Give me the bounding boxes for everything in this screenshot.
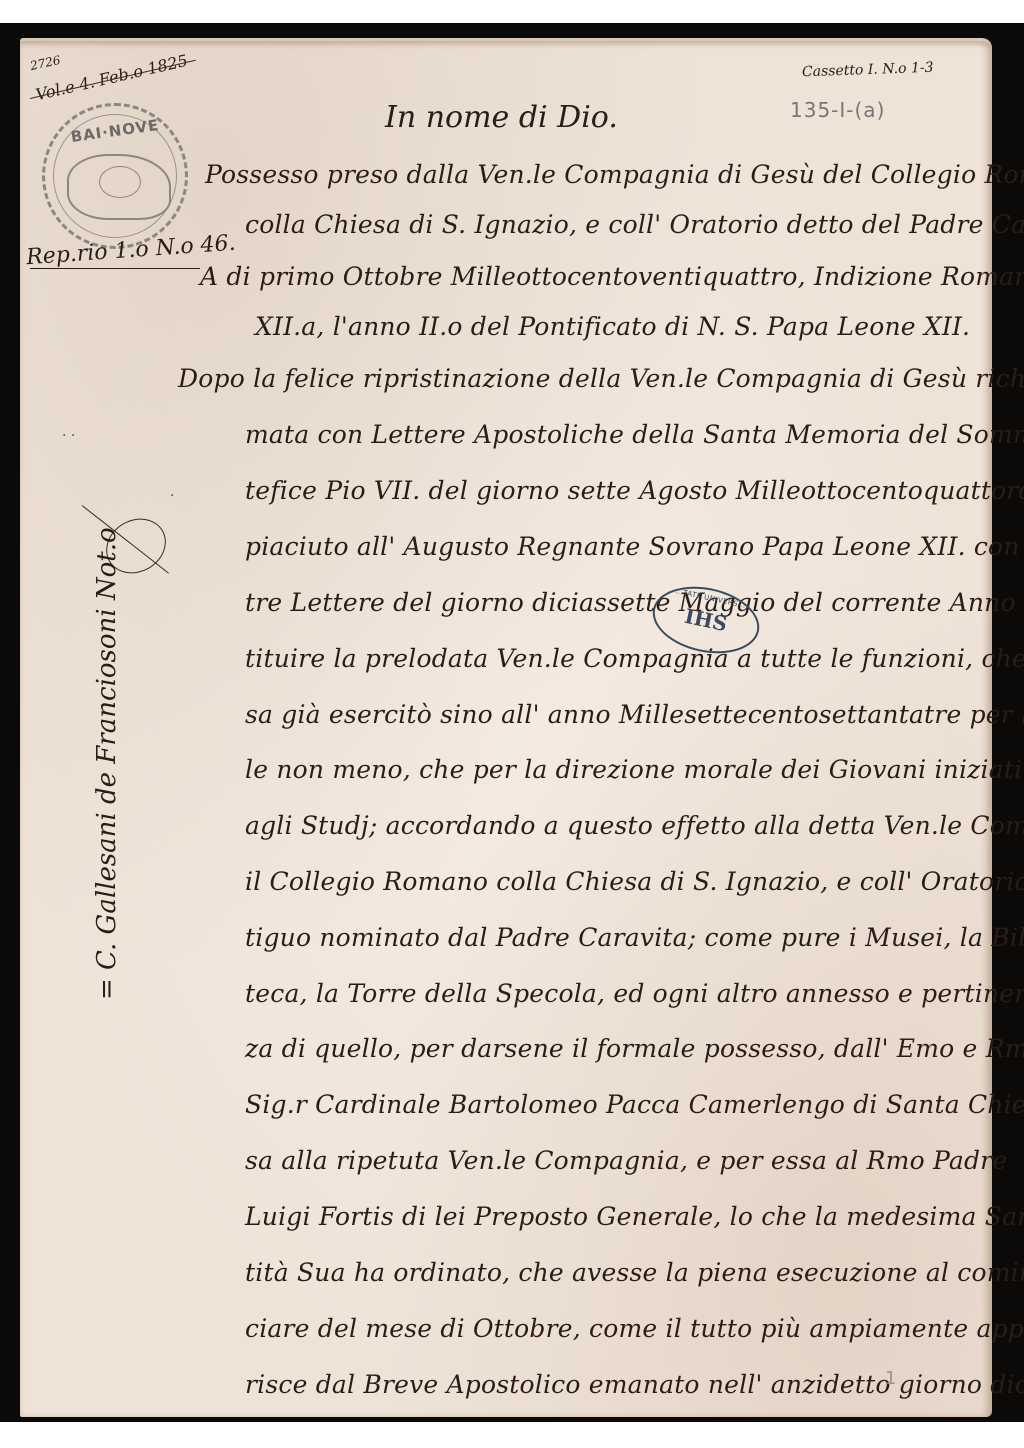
document-heading: In nome di Dio. <box>385 100 618 135</box>
body-line: ciare del mese di Ottobre, come il tutto… <box>245 1314 1024 1343</box>
body-line: le non meno, che per la direzione morale… <box>245 755 1022 784</box>
body-line: agli Studj; accordando a questo effetto … <box>245 811 1024 840</box>
ink-speck: · <box>170 488 174 504</box>
body-line: tità Sua ha ordinato, che avesse la pien… <box>245 1258 1024 1287</box>
title-line: A di primo Ottobre Milleottocentoventiqu… <box>200 262 1024 291</box>
body-line: mata con Lettere Apostoliche della Santa… <box>245 420 1024 449</box>
page-number: 1 <box>885 1368 896 1389</box>
body-line: za di quello, per darsene il formale pos… <box>245 1034 1024 1063</box>
body-line: risce dal Breve Apostolico emanato nell'… <box>245 1370 1024 1399</box>
title-line: Possesso preso dalla Ven.le Compagnia di… <box>205 160 1024 189</box>
body-line: tefice Pio VII. del giorno sette Agosto … <box>245 476 1024 505</box>
ink-speck: · · <box>62 428 75 444</box>
reclining-figure-icon <box>67 154 171 220</box>
title-line: colla Chiesa di S. Ignazio, e coll' Orat… <box>245 210 1024 239</box>
pencil-reference: 135-I-(a) <box>790 98 885 122</box>
body-line: tre Lettere del giorno diciassette Maggi… <box>245 588 1024 617</box>
body-line: sa alla ripetuta Ven.le Compagnia, e per… <box>245 1146 1007 1175</box>
body-line: Sig.r Cardinale Bartolomeo Pacca Camerle… <box>245 1090 1024 1119</box>
body-line: teca, la Torre della Specola, ed ogni al… <box>245 979 1024 1008</box>
repertorio-underline <box>30 268 200 269</box>
body-line: Luigi Fortis di lei Preposto Generale, l… <box>245 1202 1024 1231</box>
notary-signature: = C. Gallesani de Franciosoni Not.o <box>92 527 122 1000</box>
title-line: XII.a, l'anno II.o del Pontificato di N.… <box>255 312 970 341</box>
body-line: tituire la prelodata Ven.le Compagnia a … <box>245 644 1024 673</box>
body-line: piaciuto all' Augusto Regnante Sovrano P… <box>245 532 1024 561</box>
body-line: tiguo nominato dal Padre Caravita; come … <box>245 923 1024 952</box>
body-line: sa già esercitò sino all' anno Millesett… <box>245 700 1024 729</box>
body-line: il Collegio Romano colla Chiesa di S. Ig… <box>245 867 1024 896</box>
body-line: Dopo la felice ripristinazione della Ven… <box>178 364 1024 393</box>
revenue-stamp: BAI·NOVE <box>42 103 188 249</box>
